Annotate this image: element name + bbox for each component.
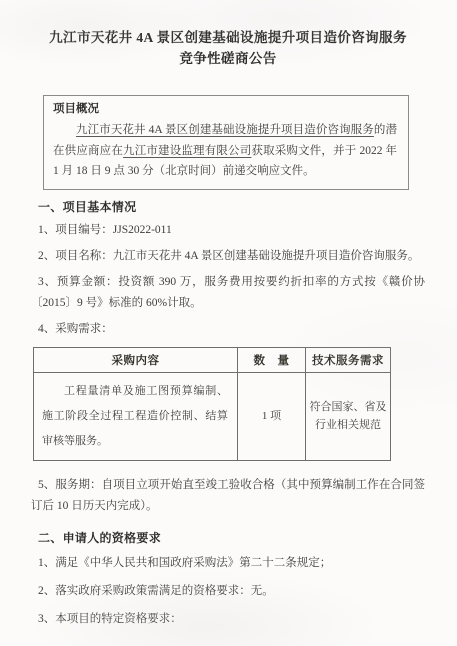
item-project-name: 2、项目名称：九江市天花井 4A 景区创建基础设施提升项目造价咨询服务。: [31, 246, 425, 267]
overview-heading: 项目概况: [53, 101, 397, 118]
cell-tech-service-requirement: 符合国家、省及行业相关规范: [306, 372, 391, 460]
title-line-2: 竞争性磋商公告: [31, 48, 425, 69]
item-project-number: 1、项目编号：JJS2022-011: [31, 220, 425, 241]
document-title: 九江市天花井 4A 景区创建基础设施提升项目造价咨询服务 竞争性磋商公告: [31, 27, 425, 69]
section-applicant-qualification-heading: 二、申请人的资格要求: [38, 530, 425, 546]
header-procurement-content: 采购内容: [34, 347, 238, 372]
cell-quantity: 1 项: [238, 372, 306, 460]
item-budget: 3、预算金额：投资额 390 万，服务费用按要约折扣率的方式按《赣价协〔2015…: [31, 272, 425, 314]
item-qualification-law: 1、满足《中华人民共和国政府采购法》第二十二条规定；: [31, 553, 425, 574]
section-basic-info-heading: 一、项目基本情况: [38, 199, 425, 215]
item-qualification-specific: 3、本项目的特定资格要求：: [31, 609, 425, 630]
item-service-period: 5、服务期：自项目立项开始直至竣工验收合格（其中预算编制工作在合同签订后 10 …: [31, 475, 425, 517]
item-qualification-policy: 2、落实政府采购政策需满足的资格要求：无。: [31, 581, 425, 602]
cell-procurement-content: 工程量清单及施工图预算编制、施工阶段全过程工程造价控制、结算审核等服务。: [34, 372, 238, 460]
table-row: 工程量清单及施工图预算编制、施工阶段全过程工程造价控制、结算审核等服务。 1 项…: [34, 372, 391, 460]
header-tech-service-requirement: 技术服务需求: [306, 347, 391, 372]
project-overview-box: 项目概况 九江市天花井 4A 景区创建基础设施提升项目造价咨询服务的潜在供应商应…: [43, 95, 409, 190]
title-line-1: 九江市天花井 4A 景区创建基础设施提升项目造价咨询服务: [31, 27, 425, 48]
overview-paragraph: 九江市天花井 4A 景区创建基础设施提升项目造价咨询服务的潜在供应商应在九江市建…: [53, 120, 397, 182]
project-name-underlined: 九江市天花井 4A 景区创建基础设施提升项目造价咨询服务: [76, 124, 374, 136]
agency-name-underlined: 九江市建设监理有限公司: [123, 145, 251, 157]
table-header-row: 采购内容 数 量 技术服务需求: [34, 347, 391, 372]
header-quantity: 数 量: [238, 347, 306, 372]
document-page: 九江市天花井 4A 景区创建基础设施提升项目造价咨询服务 竞争性磋商公告 项目概…: [0, 0, 457, 646]
procurement-table: 采购内容 数 量 技术服务需求 工程量清单及施工图预算编制、施工阶段全过程工程造…: [33, 347, 391, 461]
item-procurement-demand: 4、采购需求：: [31, 319, 425, 340]
